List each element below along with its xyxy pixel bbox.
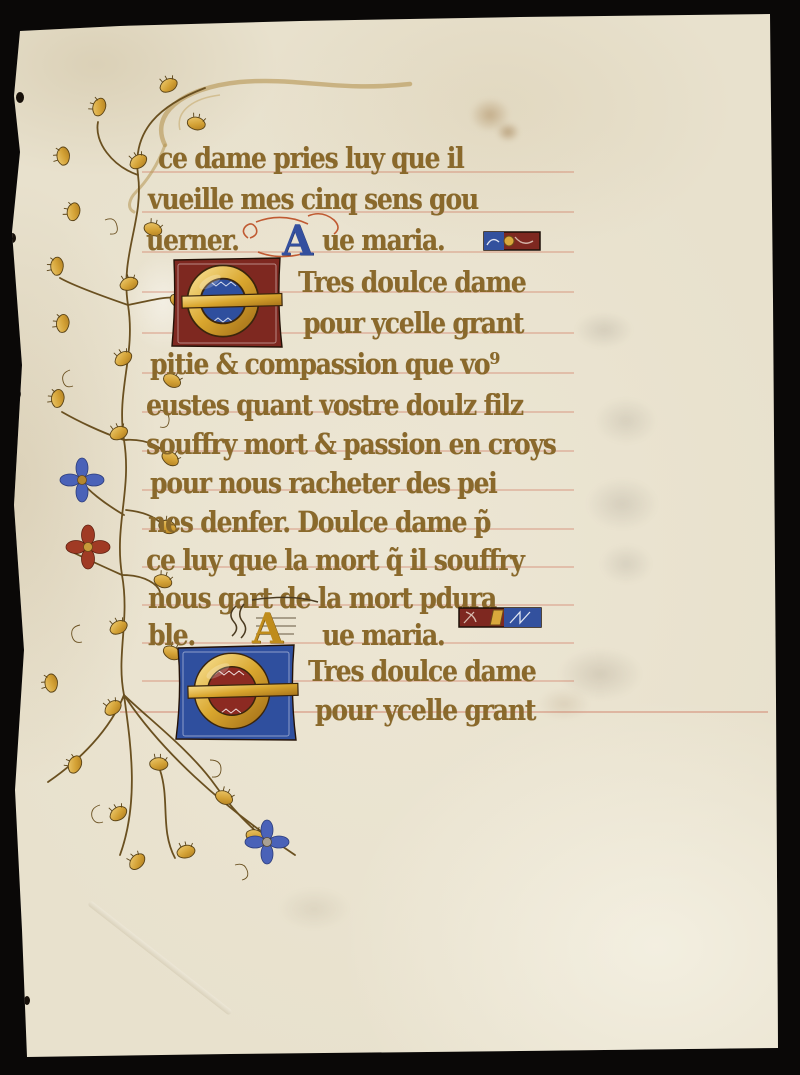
text-line-13-rest: ue maria.: [322, 619, 444, 653]
line-filler: [483, 231, 541, 251]
stain: [538, 688, 590, 720]
text-line-3-pre: uerner.: [146, 224, 239, 258]
binding-hole: [11, 619, 19, 630]
text-line-5: pour ycelle grant: [303, 307, 523, 341]
stain: [470, 98, 510, 132]
illuminated-initial-E1: E: [166, 254, 288, 353]
text-line-1: ce dame pries luy que il: [158, 142, 463, 176]
text-line-9: pour nous racheter des pei: [150, 467, 497, 501]
stain: [600, 544, 652, 584]
stain: [595, 398, 657, 444]
stain: [558, 648, 642, 700]
text-line-4: Tres doulce dame: [298, 266, 526, 300]
stain: [575, 312, 633, 348]
text-line-8: souffry mort & passion en croys: [146, 428, 556, 462]
parchment-leaf: ce dame pries luy que il vueille mes cin…: [0, 0, 800, 1075]
illuminated-initial-E2: E: [170, 640, 302, 746]
crease: [87, 900, 233, 1016]
red-flower: [66, 525, 110, 569]
text-line-3-rest: ue maria.: [322, 224, 444, 258]
stain: [496, 122, 520, 142]
blue-flower: [60, 458, 104, 502]
binding-hole: [14, 389, 21, 399]
text-line-11: ce luy que la mort q̃ il souffry: [146, 544, 524, 578]
text-line-14: Tres doulce dame: [308, 655, 536, 689]
text-line-6: pitie & compassion que vo⁹: [150, 348, 499, 382]
stain: [586, 478, 658, 530]
text-line-15: pour ycelle grant: [315, 694, 535, 728]
binding-hole: [24, 996, 30, 1005]
line-filler: [458, 607, 542, 628]
text-line-7: eustes quant vostre doulz filz: [146, 389, 523, 423]
text-line-10: nes denfer. Doulce dame p̃: [148, 506, 490, 540]
manuscript-photo: { "manuscript": { "title": "Book of Hour…: [0, 0, 800, 1075]
